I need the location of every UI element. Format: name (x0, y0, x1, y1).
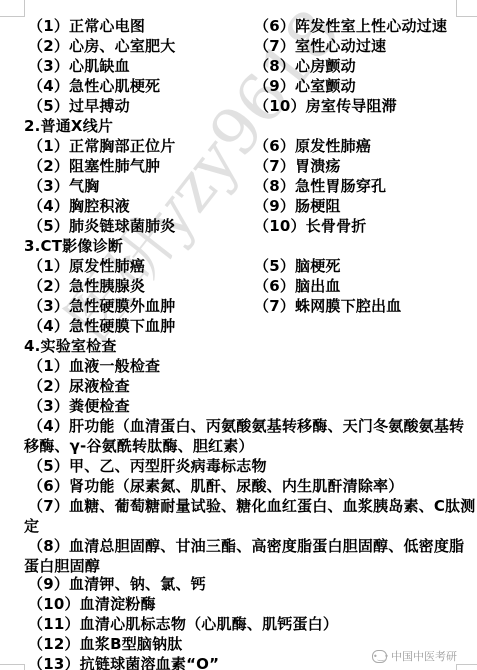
list-item: （2）急性胰腺炎 (28, 276, 145, 296)
list-item: （10）房室传导阻滞 (254, 96, 397, 116)
list-item: （1）原发性肺癌 (28, 256, 145, 276)
list-item: （2）阻塞性肺气肿 (28, 156, 160, 176)
wechat-brand-watermark: •‿• 中国中医考研 (372, 648, 457, 664)
list-item: （7）胃溃疡 (254, 156, 341, 176)
list-item: （9）血清钾、钠、氯、钙 (28, 574, 206, 594)
brand-label: 中国中医考研 (391, 648, 457, 664)
list-item: （3）气胸 (28, 176, 99, 196)
list-item: （2）心房、心室肥大 (28, 36, 175, 56)
list-item: （7）室性心动过速 (254, 36, 386, 56)
list-item: （2）尿液检查 (28, 376, 130, 396)
list-item: （4）急性心肌梗死 (28, 76, 160, 96)
list-item-continuation: 定 (24, 516, 39, 536)
list-item: （5）甲、乙、丙型肝炎病毒标志物 (28, 456, 267, 476)
list-item: （5）脑梗死 (254, 256, 341, 276)
page-corner-mark-bottom-right (456, 664, 477, 670)
list-item-continuation: 蛋白胆固醇 (24, 556, 100, 576)
page-corner-mark-top-right (456, 0, 477, 17)
list-item: （1）血液一般检查 (28, 356, 160, 376)
list-item: （9）心室颤动 (254, 76, 356, 96)
wechat-icon: •‿• (372, 650, 387, 663)
list-item: （7）蛛网膜下腔出血 (254, 296, 401, 316)
list-item: （10）长骨骨折 (254, 216, 366, 236)
list-item: （5）肺炎链球菌肺炎 (28, 216, 175, 236)
list-item: （5）过早搏动 (28, 96, 130, 116)
list-item: （3）粪便检查 (28, 396, 130, 416)
list-item: （4）胸腔积液 (28, 196, 130, 216)
list-item: （6）阵发性室上性心动过速 (254, 16, 447, 36)
list-item: （12）血浆B型脑钠肽 (28, 634, 183, 654)
list-item: （6）原发性肺癌 (254, 136, 371, 156)
list-item: （10）血清淀粉酶 (28, 594, 156, 614)
page-corner-mark-top-left (0, 0, 25, 17)
list-item-continuation: 移酶、γ-谷氨酰转肽酶、胆红素） (24, 436, 254, 456)
list-item: （8）血清总胆固醇、甘油三酯、高密度脂蛋白胆固醇、低密度脂 (28, 536, 464, 556)
section-heading: 3.CT影像诊断 (24, 236, 123, 256)
list-item: （9）肠梗阻 (254, 196, 341, 216)
list-item: （1）正常胸部正位片 (28, 136, 175, 156)
list-item: （3）心肌缺血 (28, 56, 130, 76)
list-item: （4）肝功能（血清蛋白、丙氨酸氨基转移酶、天门冬氨酸氨基转 (28, 416, 464, 436)
list-item: （4）急性硬膜下血肿 (28, 316, 175, 336)
list-item: （3）急性硬膜外血肿 (28, 296, 175, 316)
section-heading: 2.普通X线片 (24, 116, 113, 136)
page-corner-mark-bottom-left (0, 664, 25, 670)
list-item: （6）肾功能（尿素氮、肌酐、尿酸、内生肌酐清除率） (28, 476, 403, 496)
list-item: （7）血糖、葡萄糖耐量试验、糖化血红蛋白、血浆胰岛素、C肽测 (28, 496, 475, 516)
list-item: （11）血清心肌标志物（心肌酶、肌钙蛋白） (28, 614, 338, 634)
list-item: （1）正常心电图 (28, 16, 145, 36)
list-item: （8）急性胃肠穿孔 (254, 176, 386, 196)
list-item: （8）心房颤动 (254, 56, 356, 76)
list-item: （6）脑出血 (254, 276, 341, 296)
list-item: （13）抗链球菌溶血素“O” (28, 654, 219, 670)
document-page: 医研yzy9618 （1）正常心电图 （2）心房、心室肥大 （3）心肌缺血 （4… (0, 0, 477, 670)
section-heading: 4.实验室检查 (24, 336, 117, 356)
